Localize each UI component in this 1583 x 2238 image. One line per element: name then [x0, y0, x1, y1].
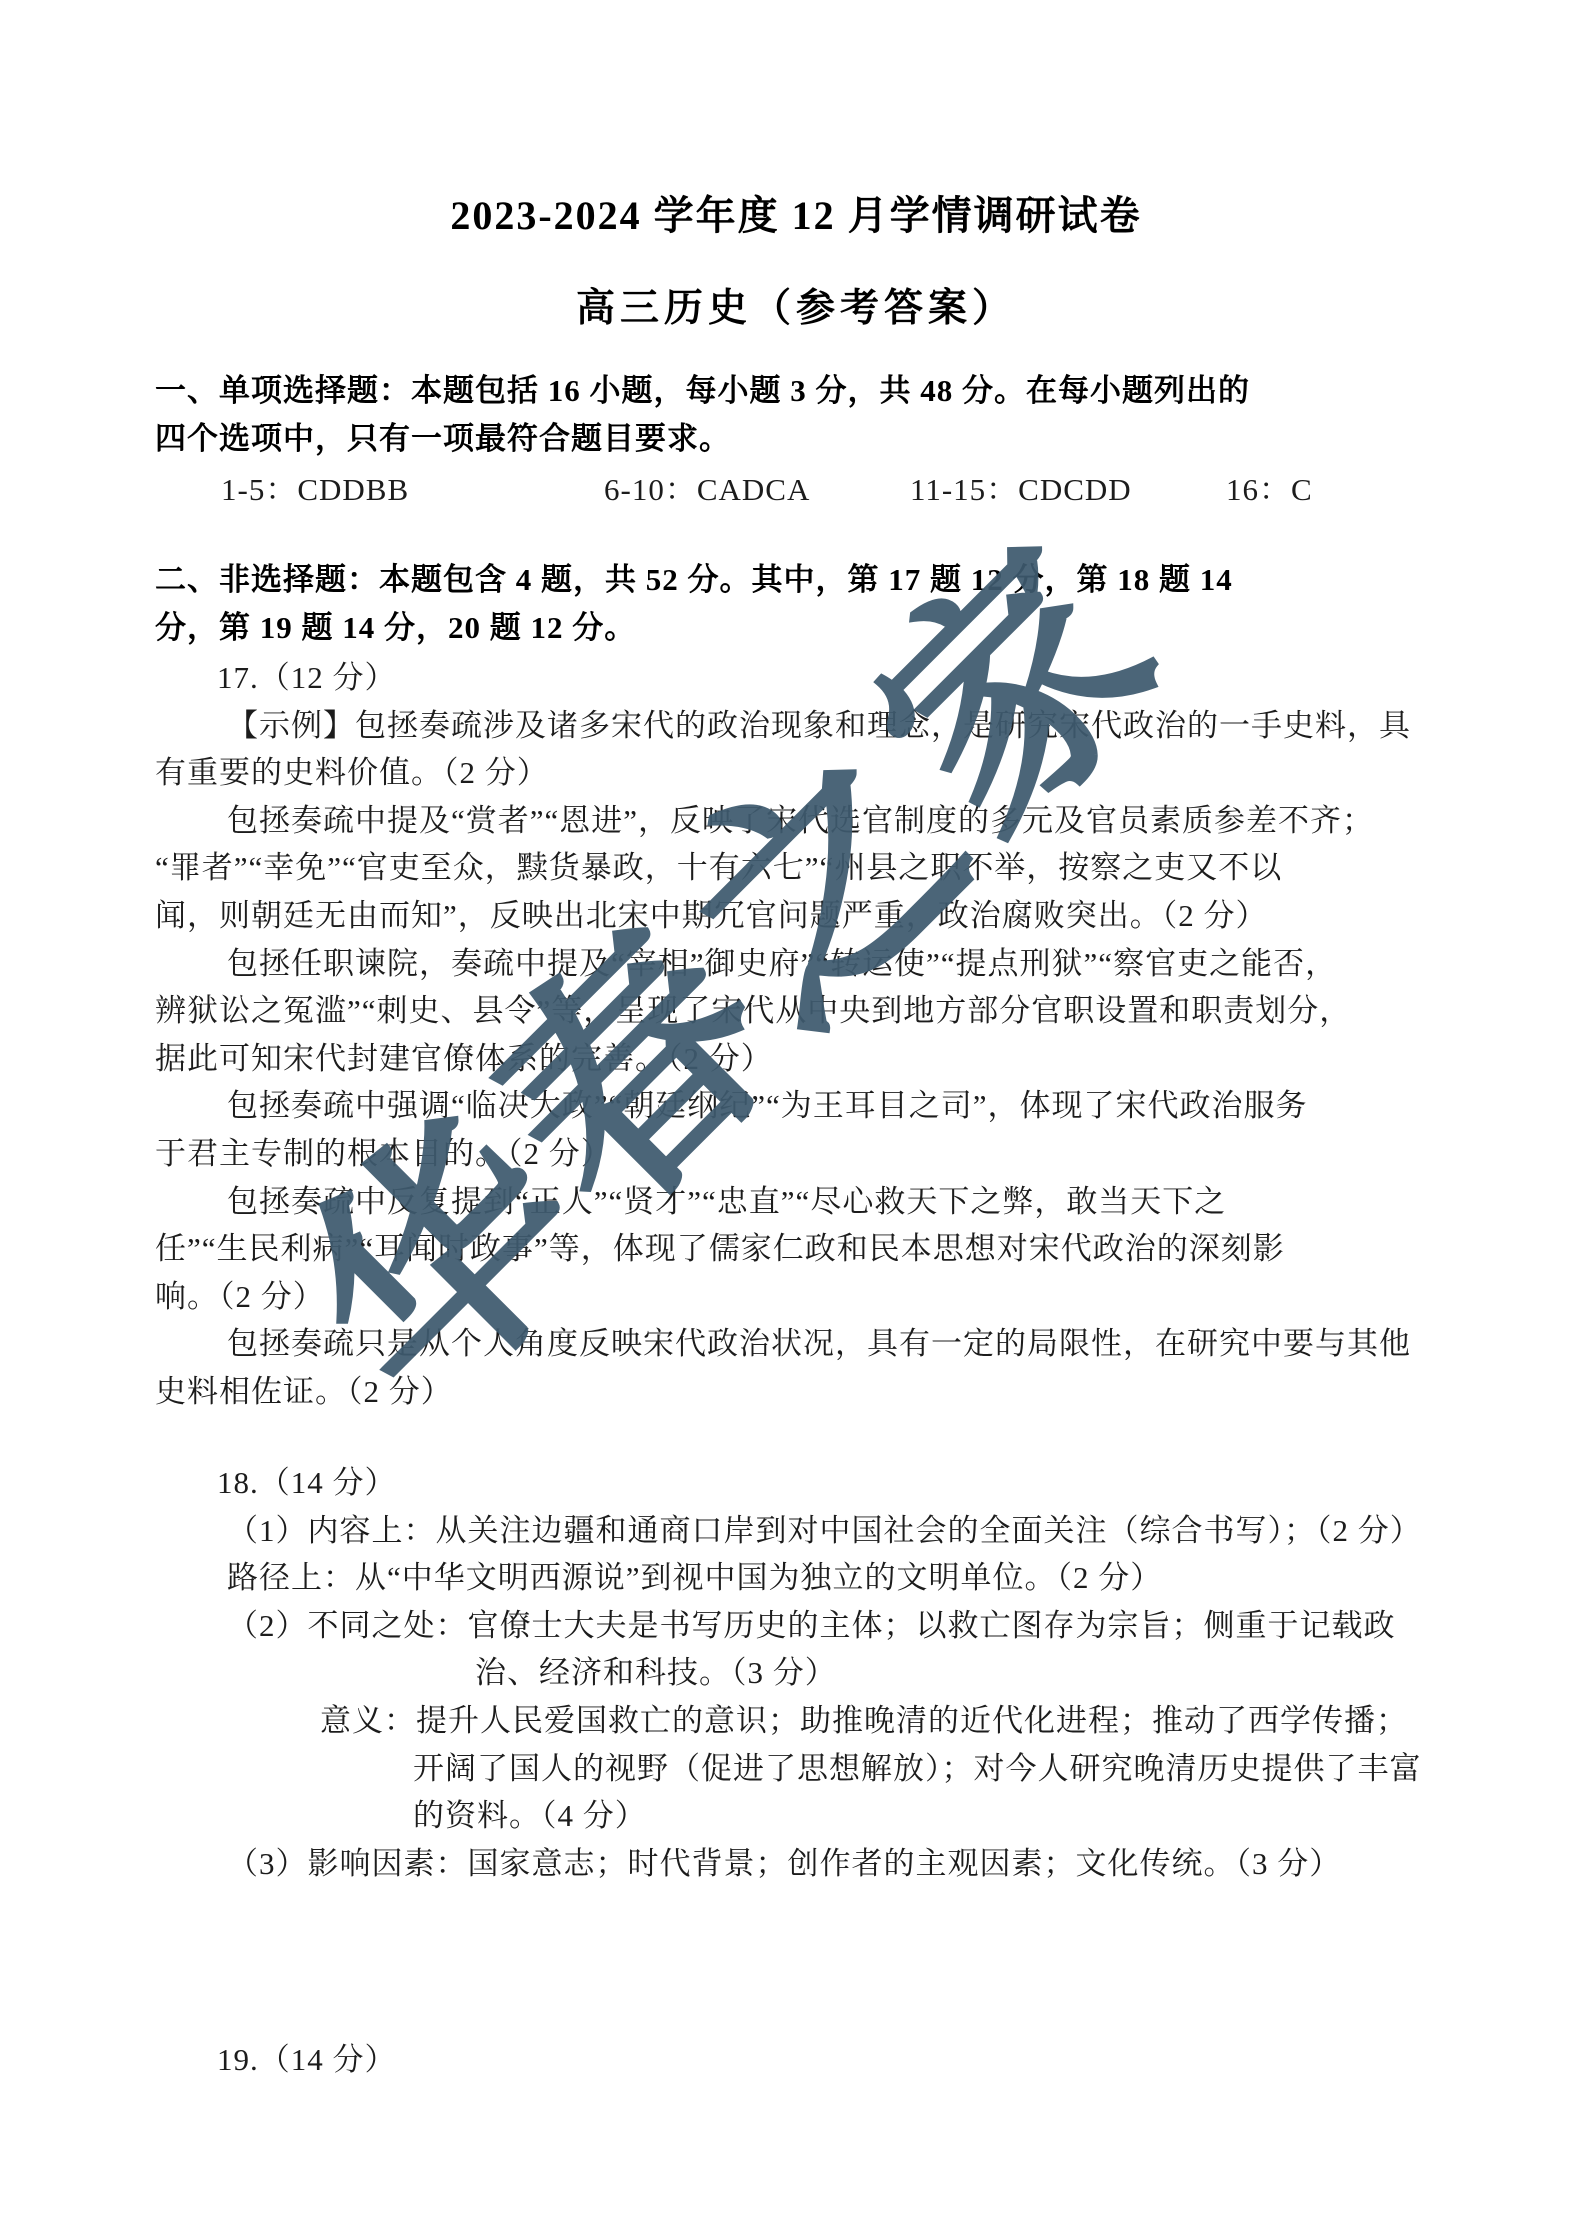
- q18-line: 开阔了国人的视野（促进了思想解放）；对今人研究晚清历史提供了丰富: [413, 1745, 1437, 1793]
- question19-answer: 19.（14 分）: [155, 2036, 1437, 2084]
- q18-line: 路径上：从“中华文明西源说”到视中国为独立的文明单位。（2 分）: [227, 1554, 1437, 1602]
- section2-heading-line1: 二、非选择题：本题包含 4 题，共 52 分。其中，第 17 题 12 分，第 …: [155, 556, 1437, 604]
- q17-line: 据此可知宋代封建官僚体系的完善。（2 分）: [155, 1035, 1437, 1083]
- q18-line: （1）内容上：从关注边疆和通商口岸到对中国社会的全面关注（综合书写）；（2 分）: [227, 1507, 1437, 1555]
- q17-line: 有重要的史料价值。（2 分）: [155, 749, 1437, 797]
- q18-line: 治、经济和科技。（3 分）: [475, 1649, 1437, 1697]
- q17-line: 包拯奏疏中反复提到“正人”“贤才”“忠直”“尽心救天下之弊，敢当天下之: [227, 1178, 1437, 1226]
- answer-group-16: 16：C: [1226, 466, 1313, 514]
- exam-answer-page: 2023-2024 学年度 12 月学情调研试卷 高三历史（参考答案） 一、单项…: [0, 0, 1583, 2238]
- section1-heading-line1: 一、单项选择题：本题包括 16 小题，每小题 3 分，共 48 分。在每小题列出…: [155, 367, 1437, 415]
- section1-heading-line2: 四个选项中，只有一项最符合题目要求。: [155, 415, 1437, 463]
- section1-heading: 一、单项选择题：本题包括 16 小题，每小题 3 分，共 48 分。在每小题列出…: [155, 367, 1437, 462]
- answer-group-6-10: 6-10：CADCA: [604, 466, 810, 514]
- q17-line: 辨狱讼之冤滥”“刺史、县令”等，呈现了宋代从中央到地方部分官职设置和职责划分，: [155, 987, 1437, 1035]
- q18-line: （3）影响因素：国家意志；时代背景；创作者的主观因素；文化传统。（3 分）: [227, 1840, 1437, 1888]
- q17-line: 包拯奏疏只是从个人角度反映宋代政治状况，具有一定的局限性，在研究中要与其他: [227, 1320, 1437, 1368]
- question17-answer: 17.（12 分） 【示例】包拯奏疏涉及诸多宋代的政治现象和理念，是研究宋代政治…: [155, 654, 1437, 1416]
- q17-line: “罪者”“幸免”“官吏至众，黩货暴政，十有六七”“州县之职不举，按察之吏又不以: [155, 844, 1437, 892]
- section1-answers-row: 1-5：CDDBB 6-10：CADCA 11-15：CDCDD 16：C: [155, 466, 1437, 514]
- q17-line: 【示例】包拯奏疏涉及诸多宋代的政治现象和理念，是研究宋代政治的一手史料，具: [227, 702, 1437, 750]
- q17-line: 于君主专制的根本目的。（2 分）: [155, 1130, 1437, 1178]
- section2-heading-line2: 分，第 19 题 14 分，20 题 12 分。: [155, 604, 1437, 652]
- doc-title: 2023-2024 学年度 12 月学情调研试卷: [155, 192, 1437, 240]
- q18-line: 的资料。（4 分）: [413, 1792, 1437, 1840]
- q17-line: 包拯奏疏中强调“临决大政”“朝廷纲纪”“为王耳目之司”，体现了宋代政治服务: [227, 1082, 1437, 1130]
- answer-group-1-5: 1-5：CDDBB: [221, 466, 409, 514]
- question19-label: 19.（14 分）: [217, 2036, 1437, 2084]
- answer-group-11-15: 11-15：CDCDD: [910, 466, 1132, 514]
- doc-subtitle: 高三历史（参考答案）: [155, 286, 1437, 332]
- section2-heading: 二、非选择题：本题包含 4 题，共 52 分。其中，第 17 题 12 分，第 …: [155, 556, 1437, 651]
- q17-line: 任”“生民利病”“耳闻时政事”等，体现了儒家仁政和民本思想对宋代政治的深刻影: [155, 1225, 1437, 1273]
- q17-line: 响。（2 分）: [155, 1273, 1437, 1321]
- q17-line: 包拯任职谏院，奏疏中提及“宰相”御史府”“转运使”“提点刑狱”“察官吏之能否，: [227, 940, 1437, 988]
- question18-label: 18.（14 分）: [217, 1459, 1437, 1507]
- question17-label: 17.（12 分）: [217, 654, 1437, 702]
- q17-line: 包拯奏疏中提及“赏者”“恩进”，反映了宋代选官制度的多元及官员素质参差不齐；: [227, 797, 1437, 845]
- question18-answer: 18.（14 分） （1）内容上：从关注边疆和通商口岸到对中国社会的全面关注（综…: [155, 1459, 1437, 1887]
- q18-line: 意义：提升人民爱国救亡的意识；助推晚清的近代化进程；推动了西学传播；: [320, 1697, 1437, 1745]
- q18-line: （2）不同之处：官僚士大夫是书写历史的主体；以救亡图存为宗旨；侧重于记载政: [227, 1602, 1437, 1650]
- q17-line: 闻，则朝廷无由而知”，反映出北宋中期冗官问题严重，政治腐败突出。（2 分）: [155, 892, 1437, 940]
- q17-line: 史料相佐证。（2 分）: [155, 1368, 1437, 1416]
